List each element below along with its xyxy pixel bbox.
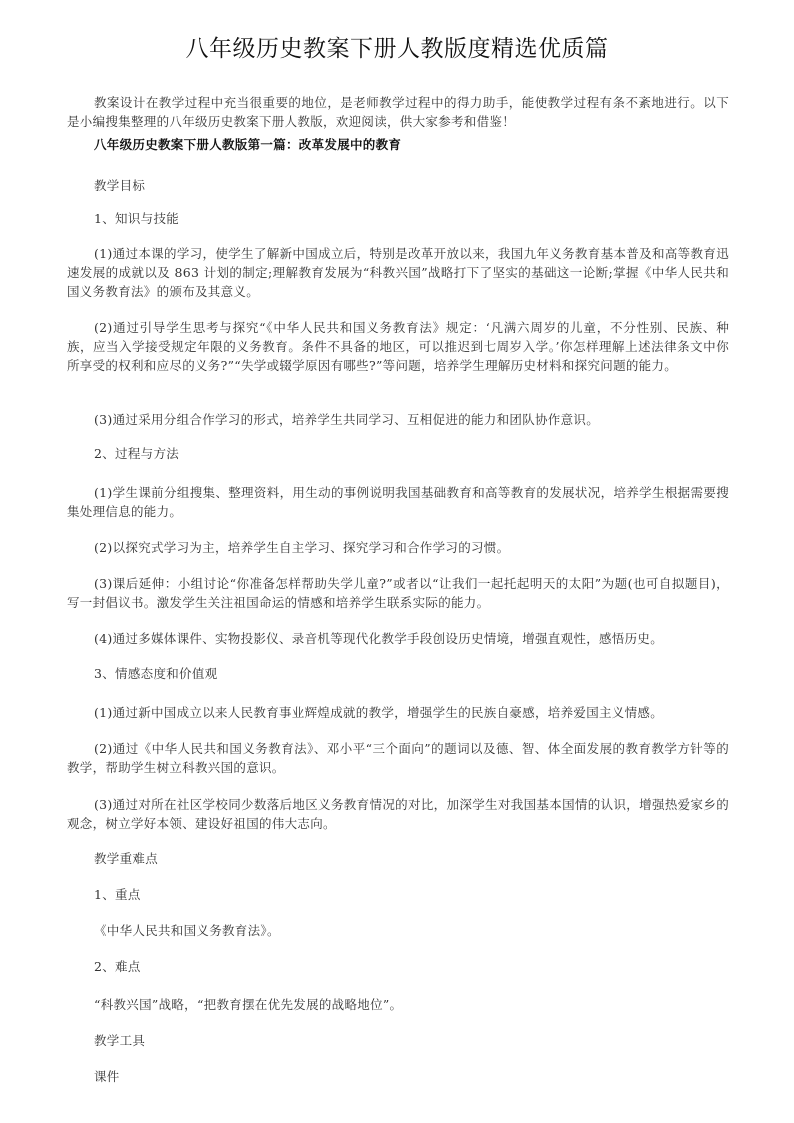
paragraph: (1)通过新中国成立以来人民教育事业辉煌成就的教学，增强学生的民族自豪感，培养爱… (67, 703, 729, 722)
section-heading: 八年级历史教案下册人教版第一篇：改革发展中的教育 (67, 135, 729, 154)
paragraph: (1)通过本课的学习，使学生了解新中国成立后，特别是改革开放以来，我国九年义务教… (67, 244, 729, 301)
paragraph: (2)通过《中华人民共和国义务教育法》、邓小平“三个面向”的题词以及德、智、体全… (67, 739, 729, 777)
paragraph: 《中华人民共和国义务教育法》。 (67, 921, 729, 940)
paragraph: (3)通过对所在社区学校同少数落后地区义务教育情况的对比，加深学生对我国基本国情… (67, 795, 729, 833)
paragraph: (2)以探究式学习为主，培养学生自主学习、探究学习和合作学习的习惯。 (67, 538, 729, 557)
subheading-knowledge-skills: 1、知识与技能 (67, 209, 729, 228)
subheading-emotions-values: 3、情感态度和价值观 (67, 664, 729, 683)
paragraph: (1)学生课前分组搜集、整理资料，用生动的事例说明我国基础教育和高等教育的发展状… (67, 483, 729, 521)
document-page: 八年级历史教案下册人教版度精选优质篇 教案设计在教学过程中充当很重要的地位，是老… (0, 0, 794, 1123)
paragraph: “科教兴国”战略，“把教育摆在优先发展的战略地位”。 (67, 995, 729, 1014)
intro-paragraph: 教案设计在教学过程中充当很重要的地位，是老师教学过程中的得力助手，能使教学过程有… (67, 93, 729, 131)
paragraph: (2)通过引导学生思考与探究“《中华人民共和国义务教育法》规定：‘凡满六周岁的儿… (67, 318, 729, 375)
subheading-process-methods: 2、过程与方法 (67, 444, 729, 463)
heading-key-difficult-points: 教学重难点 (67, 849, 729, 868)
subheading-key-points: 1、重点 (67, 885, 729, 904)
heading-teaching-goals: 教学目标 (67, 176, 729, 195)
document-title: 八年级历史教案下册人教版度精选优质篇 (0, 30, 794, 63)
paragraph: (3)课后延伸：小组讨论“你准备怎样帮助失学儿童?”或者以“让我们一起托起明天的… (67, 574, 729, 612)
paragraph: (3)通过采用分组合作学习的形式，培养学生共同学习、互相促进的能力和团队协作意识… (67, 410, 729, 429)
heading-teaching-tools: 教学工具 (67, 1031, 729, 1050)
subheading-difficult-points: 2、难点 (67, 957, 729, 976)
paragraph: 课件 (67, 1067, 729, 1086)
paragraph: (4)通过多媒体课件、实物投影仪、录音机等现代化教学手段创设历史情境，增强直观性… (67, 629, 729, 648)
